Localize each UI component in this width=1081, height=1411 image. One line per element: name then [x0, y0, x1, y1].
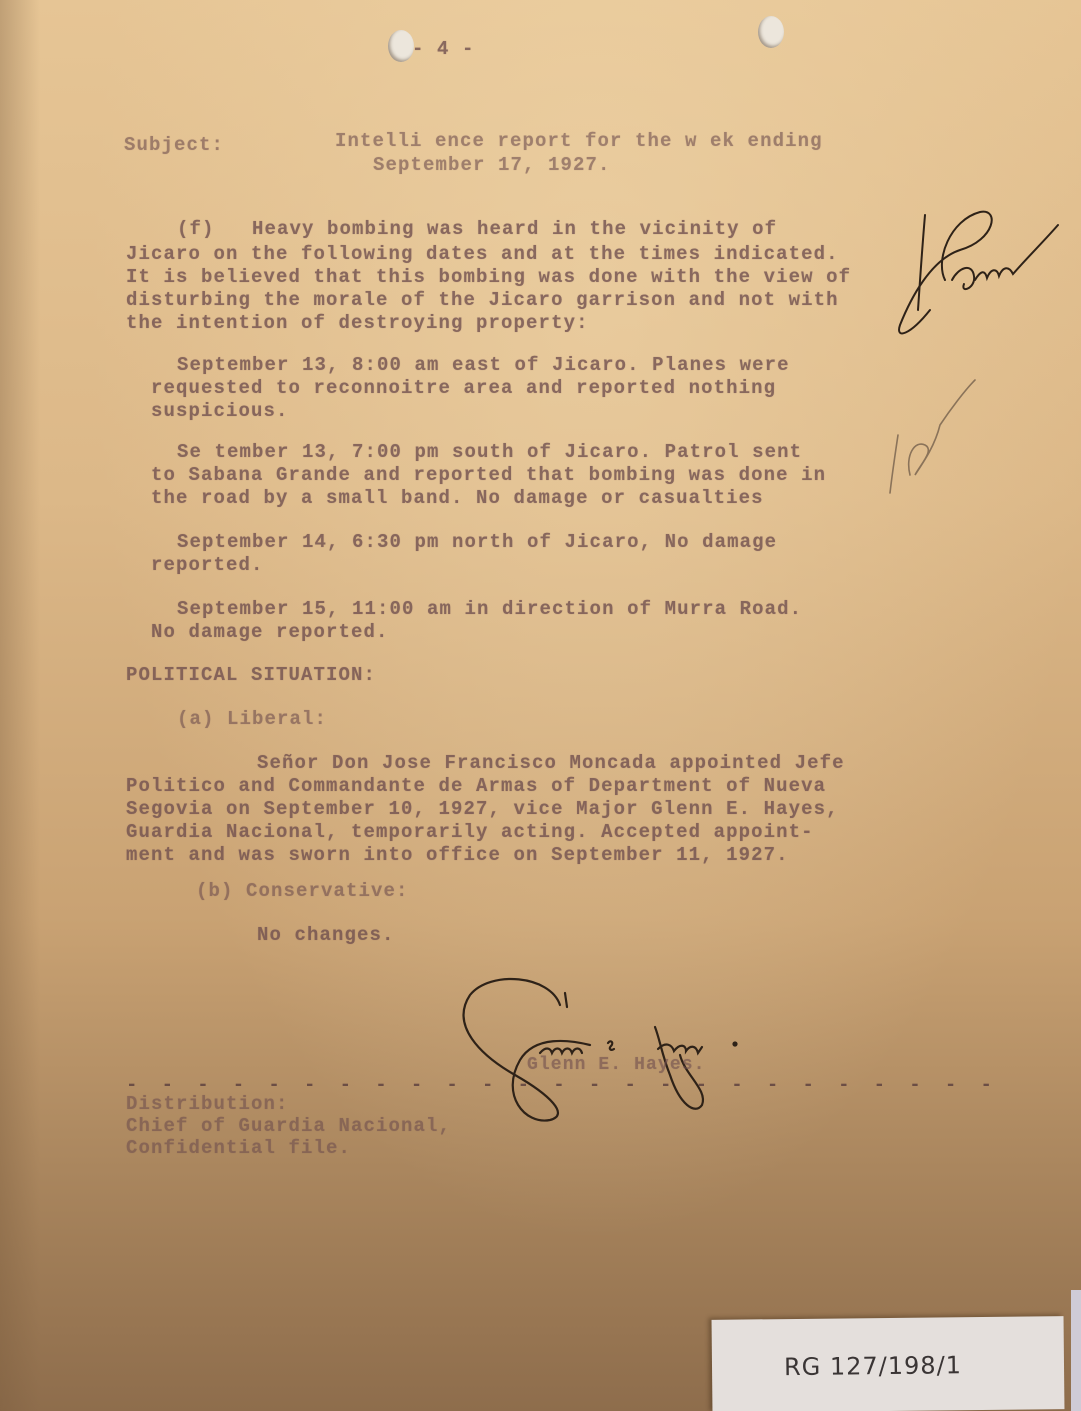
liberal-heading: (a) Liberal: [177, 708, 327, 732]
entry-line: September 13, 8:00 am east of Jicaro. Pl… [177, 354, 790, 378]
paragraph-f-line: It is believed that this bombing was don… [126, 266, 851, 290]
entry-line: reported. [151, 554, 264, 578]
liberal-line: Segovia on September 10, 1927, vice Majo… [126, 798, 839, 822]
entry-line: suspicious. [151, 400, 289, 424]
entry-line: to Sabana Grande and reported that bombi… [151, 464, 826, 488]
archive-label-card: RG 127/198/1 [712, 1316, 1065, 1411]
document-page: - 4 - Subject: Intelli ence report for t… [0, 0, 1081, 1411]
punch-hole-right [758, 16, 784, 48]
distribution-line: Chief of Guardia Nacional, [126, 1115, 451, 1139]
entry-line: No damage reported. [151, 621, 389, 645]
paragraph-f-line: Jicaro on the following dates and at the… [126, 243, 839, 267]
margin-initials-dark [890, 200, 1070, 350]
punch-hole-left [388, 30, 414, 62]
page-number: - 4 - [412, 38, 475, 62]
entry-line: the road by a small band. No damage or c… [151, 487, 764, 511]
liberal-line: Señor Don Jose Francisco Moncada appoint… [257, 752, 845, 776]
distribution-line: Confidential file. [126, 1137, 351, 1161]
entry-line: September 14, 6:30 pm north of Jicaro, N… [177, 531, 777, 555]
distribution-heading: Distribution: [126, 1093, 289, 1117]
subject-line-2: September 17, 1927. [373, 154, 611, 178]
conservative-heading: (b) Conservative: [196, 880, 409, 904]
entry-line: September 15, 11:00 am in direction of M… [177, 598, 802, 622]
paragraph-f-line: disturbing the morale of the Jicaro garr… [126, 289, 839, 313]
margin-initials-faint [880, 375, 980, 505]
conservative-text: No changes. [257, 924, 395, 948]
liberal-line: Politico and Commandante de Armas of Dep… [126, 775, 826, 799]
liberal-line: Guardia Nacional, temporarily acting. Ac… [126, 821, 814, 845]
paragraph-f-line: the intention of destroying property: [126, 312, 589, 336]
political-situation-heading: POLITICAL SITUATION: [126, 664, 376, 688]
entry-line: Se tember 13, 7:00 pm south of Jicaro. P… [177, 441, 802, 465]
subject-line-1: Intelli ence report for the w ek ending [335, 130, 823, 154]
subject-label: Subject: [124, 134, 224, 158]
liberal-line: ment and was sworn into office on Septem… [126, 844, 789, 868]
entry-line: requested to reconnoitre area and report… [151, 377, 776, 401]
archive-record-group-code: RG 127/198/1 [784, 1351, 962, 1381]
signature-scrawl [440, 965, 760, 1125]
background-edge [1071, 1290, 1081, 1411]
paragraph-f-line: (f) Heavy bombing was heard in the vicin… [177, 218, 777, 242]
